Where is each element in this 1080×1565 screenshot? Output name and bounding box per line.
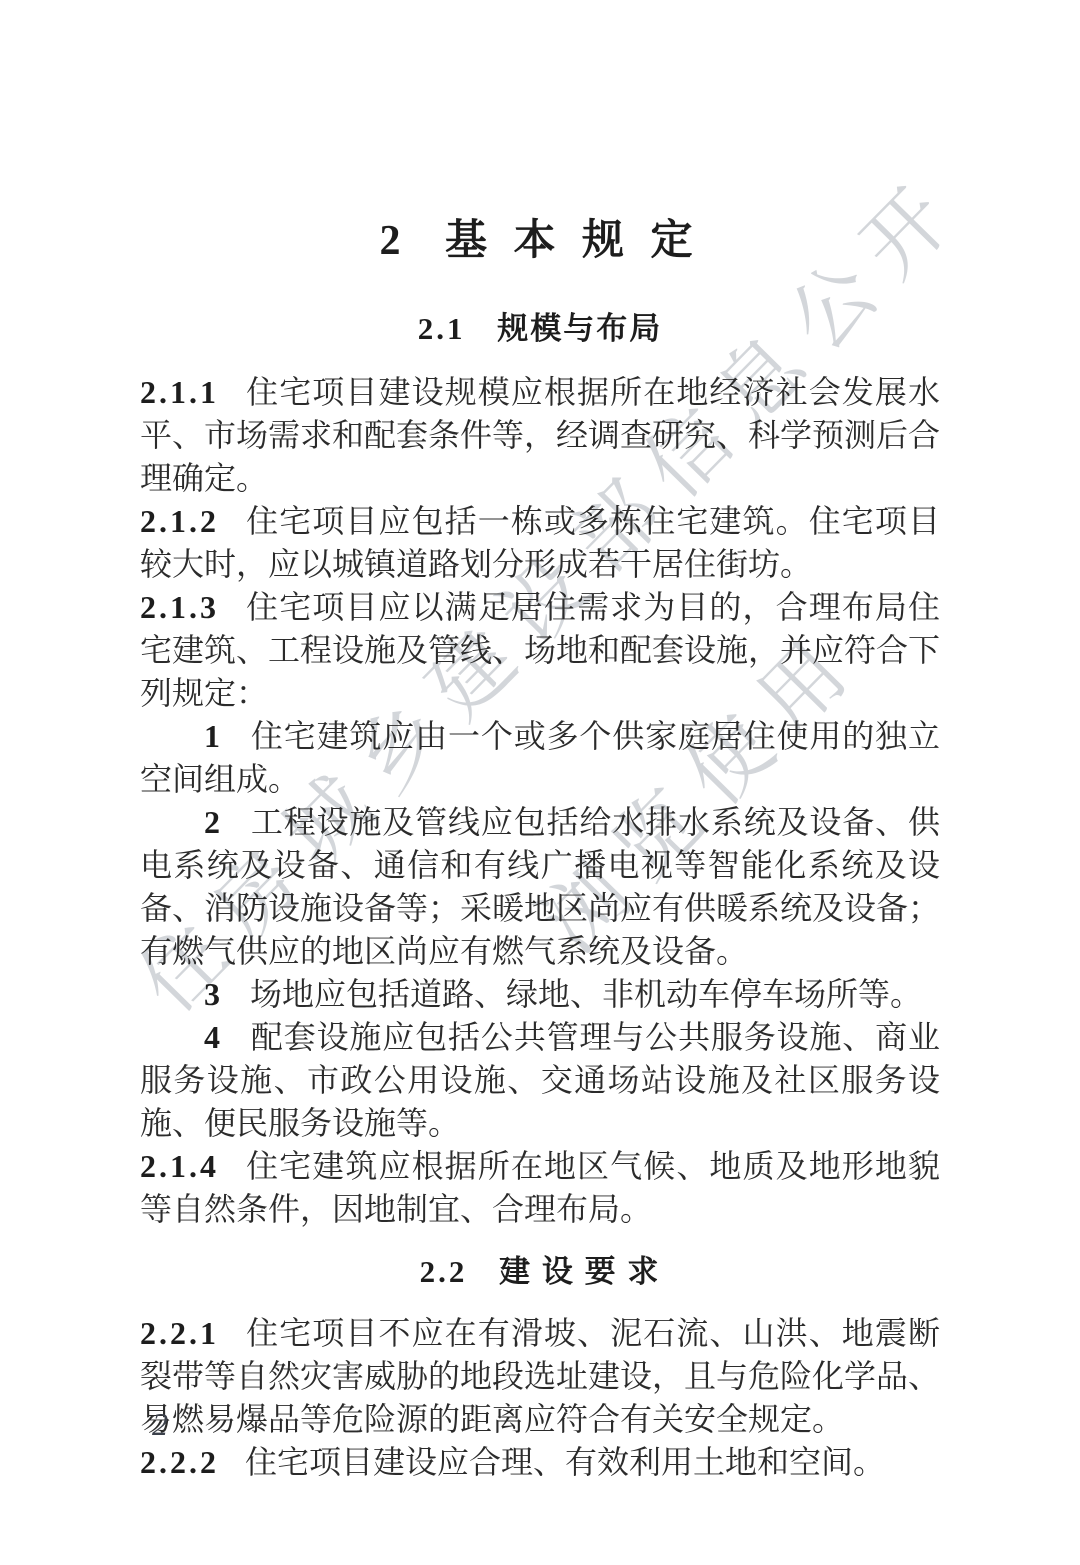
clause-2-1-2: 2.1.2住宅项目应包括一栋或多栋住宅建筑。住宅项目较大时，应以城镇道路划分形成… [140, 500, 940, 586]
chapter-heading: 2 基 本 规 定 [140, 0, 940, 266]
clause-number: 2.1.4 [140, 1148, 219, 1184]
section-number: 2.2 [420, 1254, 468, 1289]
section-title: 建 设 要 求 [499, 1254, 660, 1289]
body-text: 2.1.1住宅项目建设规模应根据所在地经济社会发展水平、市场需求和配套条件等，经… [140, 371, 940, 1484]
chapter-title: 基 本 规 定 [445, 218, 701, 264]
page-content: 2 基 本 规 定 2.1 规模与布局 2.1.1住宅项目建设规模应根据所在地经… [140, 0, 940, 1484]
clause-number: 2.1.2 [140, 503, 219, 539]
chapter-number: 2 [379, 218, 400, 264]
clause-number: 2.1.1 [140, 374, 219, 410]
subitem-number: 4 [204, 1019, 220, 1055]
clause-number: 2.2.1 [140, 1315, 219, 1351]
clause-2-1-1: 2.1.1住宅项目建设规模应根据所在地经济社会发展水平、市场需求和配套条件等，经… [140, 371, 940, 500]
clause-2-2-2: 2.2.2住宅项目建设应合理、有效利用土地和空间。 [140, 1441, 940, 1484]
clause-text: 住宅项目不应在有滑坡、泥石流、山洪、地震断裂带等自然灾害威胁的地段选址建设，且与… [140, 1315, 940, 1437]
subitem-text: 工程设施及管线应包括给水排水系统及设备、供电系统及设备、通信和有线广播电视等智能… [140, 804, 940, 969]
section-heading-2-1: 2.1 规模与布局 [140, 310, 940, 347]
subitem-2: 2工程设施及管线应包括给水排水系统及设备、供电系统及设备、通信和有线广播电视等智… [140, 801, 940, 973]
subitem-1: 1住宅建筑应由一个或多个供家庭居住使用的独立空间组成。 [140, 715, 940, 801]
clause-text: 住宅项目建设应合理、有效利用土地和空间。 [245, 1444, 885, 1480]
subitem-number: 3 [204, 976, 220, 1012]
section-heading-2-2: 2.2 建 设 要 求 [140, 1253, 940, 1290]
clause-text: 住宅建筑应根据所在地区气候、地质及地形地貌等自然条件，因地制宜、合理布局。 [140, 1148, 940, 1227]
subitem-text: 住宅建筑应由一个或多个供家庭居住使用的独立空间组成。 [140, 718, 940, 797]
subitem-text: 场地应包括道路、绿地、非机动车停车场所等。 [250, 976, 922, 1012]
subitem-4: 4配套设施应包括公共管理与公共服务设施、商业服务设施、市政公用设施、交通场站设施… [140, 1016, 940, 1145]
clause-number: 2.2.2 [140, 1444, 219, 1480]
clause-text: 住宅项目建设规模应根据所在地经济社会发展水平、市场需求和配套条件等，经调查研究、… [140, 374, 940, 496]
document-page: 住房城乡建设部信息公开 浏览使用 2 基 本 规 定 2.1 规模与布局 2.1… [0, 0, 1080, 1565]
page-number: 2 [152, 1406, 168, 1443]
clause-2-1-3: 2.1.3住宅项目应以满足居住需求为目的，合理布局住宅建筑、工程设施及管线、场地… [140, 586, 940, 715]
clause-2-1-4: 2.1.4住宅建筑应根据所在地区气候、地质及地形地貌等自然条件，因地制宜、合理布… [140, 1145, 940, 1231]
clause-2-2-1: 2.2.1住宅项目不应在有滑坡、泥石流、山洪、地震断裂带等自然灾害威胁的地段选址… [140, 1312, 940, 1441]
subitem-3: 3场地应包括道路、绿地、非机动车停车场所等。 [140, 973, 940, 1016]
subitem-number: 2 [204, 804, 220, 840]
subitem-text: 配套设施应包括公共管理与公共服务设施、商业服务设施、市政公用设施、交通场站设施及… [140, 1019, 940, 1141]
clause-number: 2.1.3 [140, 589, 219, 625]
clause-text: 住宅项目应以满足居住需求为目的，合理布局住宅建筑、工程设施及管线、场地和配套设施… [140, 589, 940, 711]
clause-text: 住宅项目应包括一栋或多栋住宅建筑。住宅项目较大时，应以城镇道路划分形成若干居住街… [140, 503, 940, 582]
section-title: 规模与布局 [497, 311, 662, 346]
subitem-number: 1 [204, 718, 220, 754]
section-number: 2.1 [418, 311, 466, 346]
